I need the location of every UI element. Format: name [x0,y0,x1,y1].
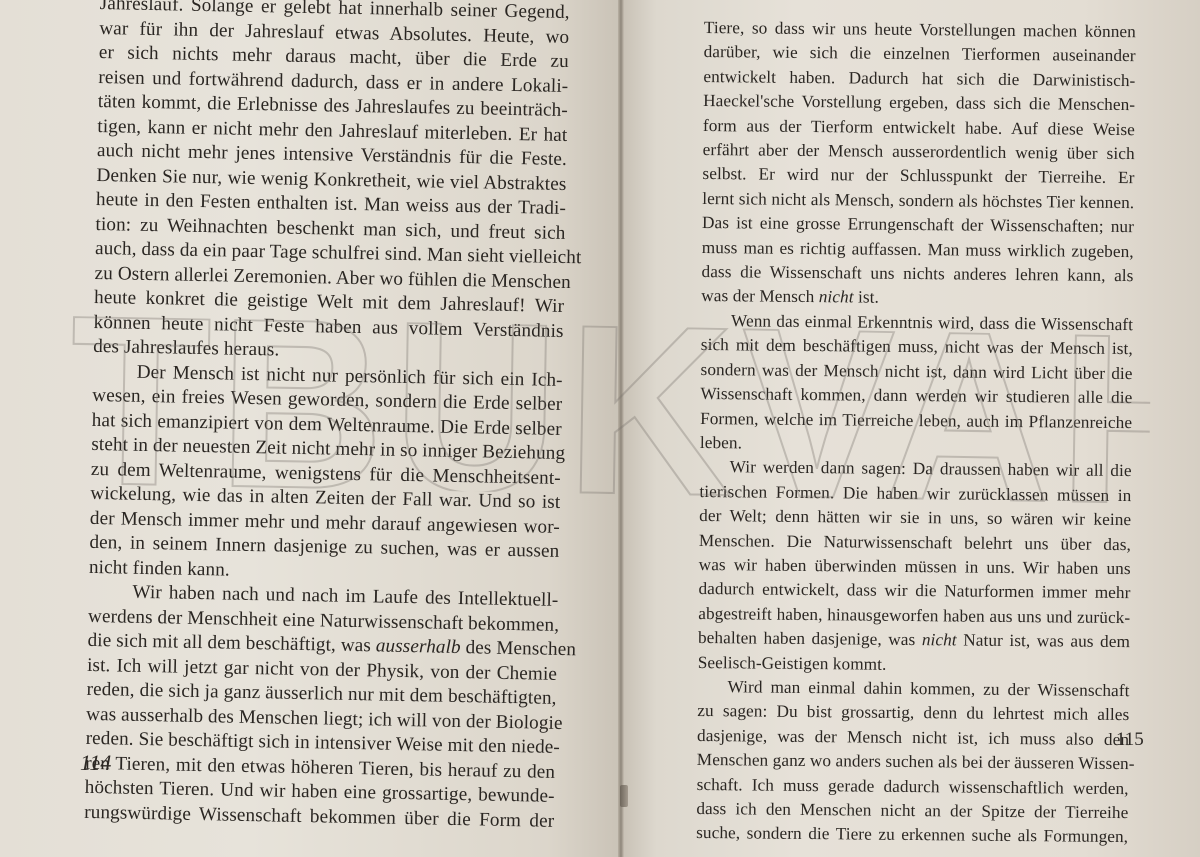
text-line: Das ist eine grosse Errungenschaft der W… [702,211,1134,240]
book-spread: Jahreslauf. Solange er gelebt hat innerh… [0,0,1200,857]
text-line: Formen, welche im Tierreiche leben, auch… [700,406,1132,435]
text-line: behalten haben dasjenige, was nicht Natu… [698,626,1130,655]
text-line: sich mit dem beschäftigen muss, nicht wa… [701,333,1133,362]
right-page-text: Tiere, so dass wir uns heute Vorstellung… [696,16,1136,850]
text-line: suche, sondern die Tiere zu erkennen suc… [696,821,1128,850]
page-edge-tear [620,785,628,807]
left-page-text: Jahreslauf. Solange er gelebt hat innerh… [84,0,570,834]
text-line: Wissenschaft kommen, dann werden wir stu… [700,382,1132,411]
text-line: dadurch entwickelt, dass wir die Naturfo… [698,577,1130,606]
book-gutter [618,0,624,857]
emphasis-text: nicht [922,630,957,649]
text-line: Menschen ganz wo anders suchen als bei d… [697,748,1129,777]
emphasis-text: ausserhalb [376,635,461,658]
text-line: Haeckel'sche Vorstellung ergeben, dass s… [703,89,1135,118]
page-number-right: 115 [1116,729,1144,751]
emphasis-text: nicht [819,288,854,307]
text-line: Wir werden dann sagen: Da draussen haben… [700,455,1132,484]
text-line: der Welt; denn hätten wir sie in uns, so… [699,504,1131,533]
page-number-left: 114 [80,750,111,776]
